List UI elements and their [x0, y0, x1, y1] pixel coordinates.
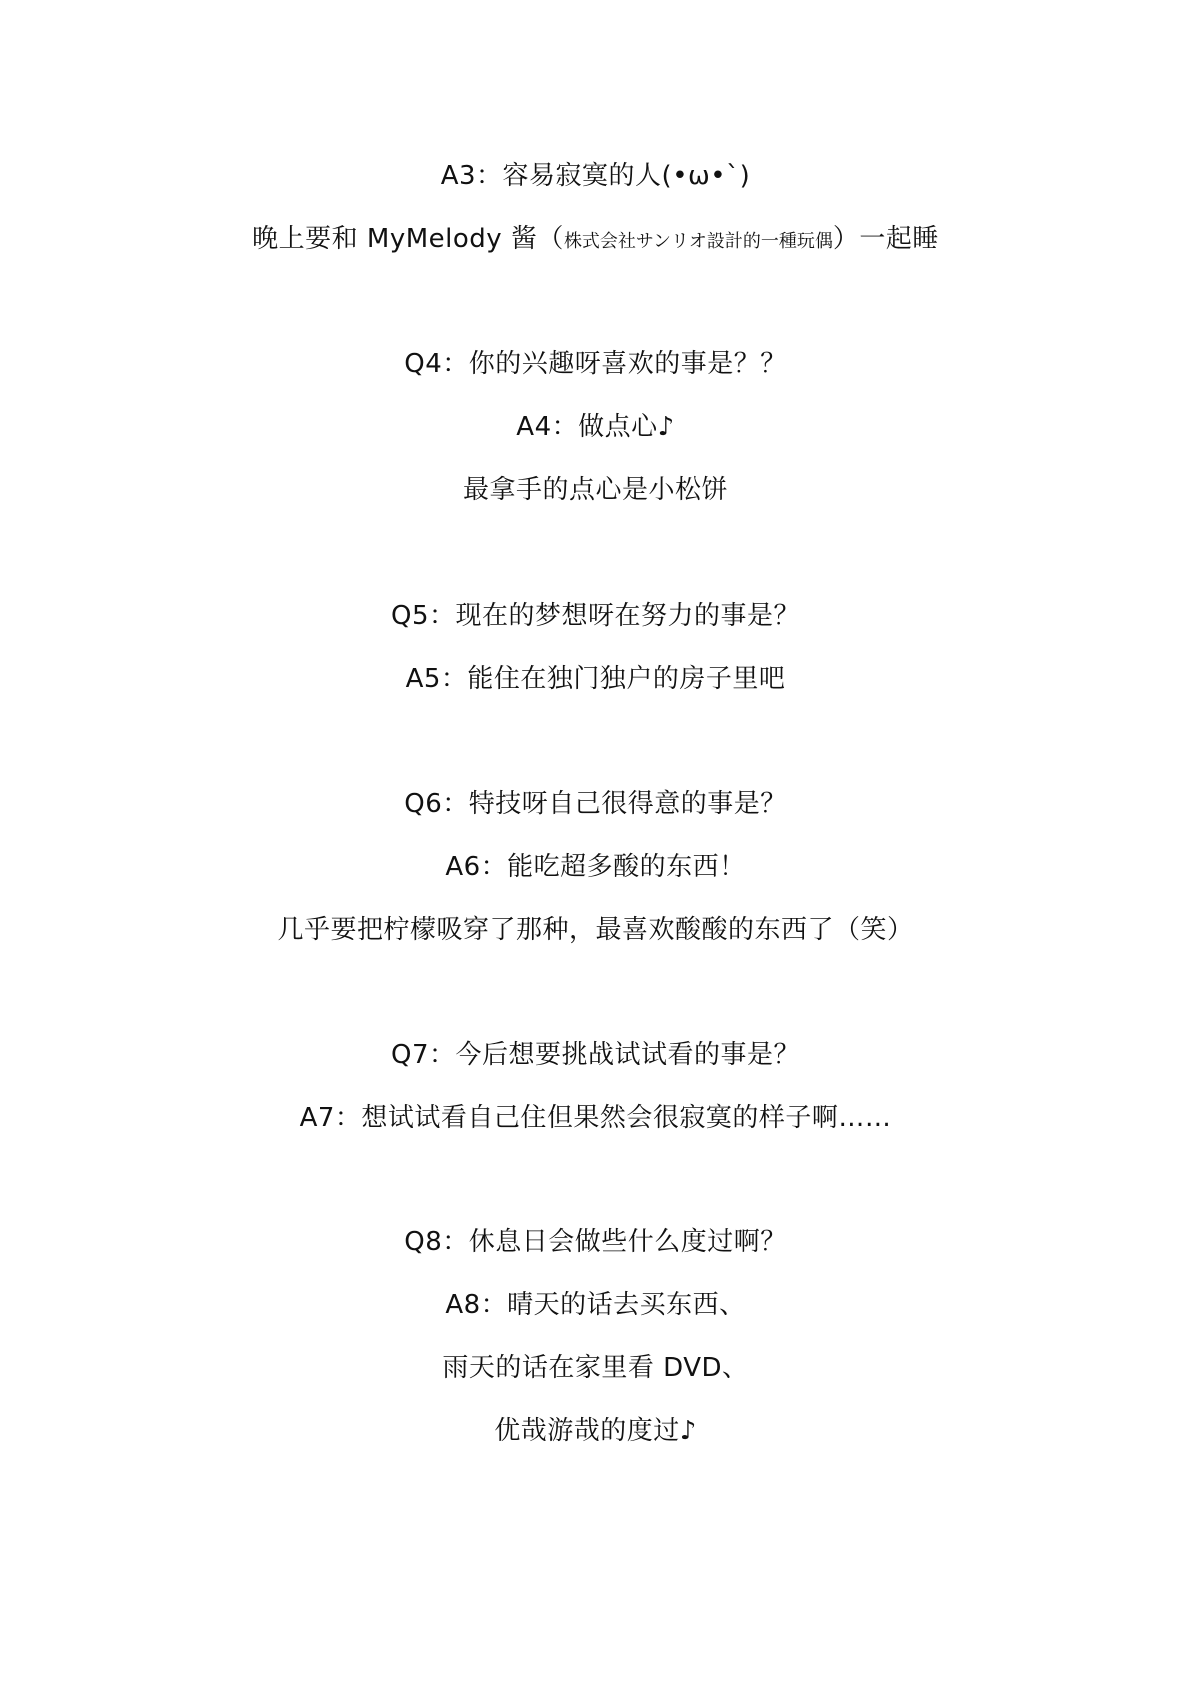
- answer-a6: A6：能吃超多酸的东西！: [0, 850, 1191, 884]
- answer-a7: A7：想试试看自己住但果然会很寂寞的样子啊……: [0, 1101, 1191, 1135]
- answer-a3-detail-pre: 晚上要和 MyMelody 酱（: [252, 224, 564, 254]
- question-q6: Q6：特技呀自己很得意的事是？: [0, 787, 1191, 821]
- question-q5: Q5：现在的梦想呀在努力的事是？: [0, 599, 1191, 633]
- answer-a4-detail: 最拿手的点心是小松饼: [0, 473, 1191, 507]
- answer-a3-detail-note: 株式会社サンリオ設計的一種玩偶: [564, 231, 833, 252]
- answer-a3-detail: 晚上要和 MyMelody 酱（株式会社サンリオ設計的一種玩偶）一起睡: [0, 222, 1191, 256]
- answer-a6-detail: 几乎要把柠檬吸穿了那种，最喜欢酸酸的东西了（笑）: [0, 913, 1191, 947]
- answer-a4: A4：做点心♪: [0, 410, 1191, 444]
- document-page: A3：容易寂寞的人(•ω•`) 晚上要和 MyMelody 酱（株式会社サンリオ…: [0, 0, 1191, 1684]
- question-q7: Q7：今后想要挑战试试看的事是？: [0, 1038, 1191, 1072]
- answer-a8: A8：晴天的话去买东西、: [0, 1288, 1191, 1322]
- answer-a5: A5：能住在独门独户的房子里吧: [0, 662, 1191, 696]
- question-q8: Q8：休息日会做些什么度过啊？: [0, 1225, 1191, 1259]
- answer-a3-detail-post: ）一起睡: [833, 224, 939, 254]
- answer-a3: A3：容易寂寞的人(•ω•`): [0, 159, 1191, 193]
- answer-a8-detail-2: 优哉游哉的度过♪: [0, 1414, 1191, 1448]
- question-q4: Q4：你的兴趣呀喜欢的事是？？: [0, 347, 1191, 381]
- answer-a8-detail-1: 雨天的话在家里看 DVD、: [0, 1351, 1191, 1385]
